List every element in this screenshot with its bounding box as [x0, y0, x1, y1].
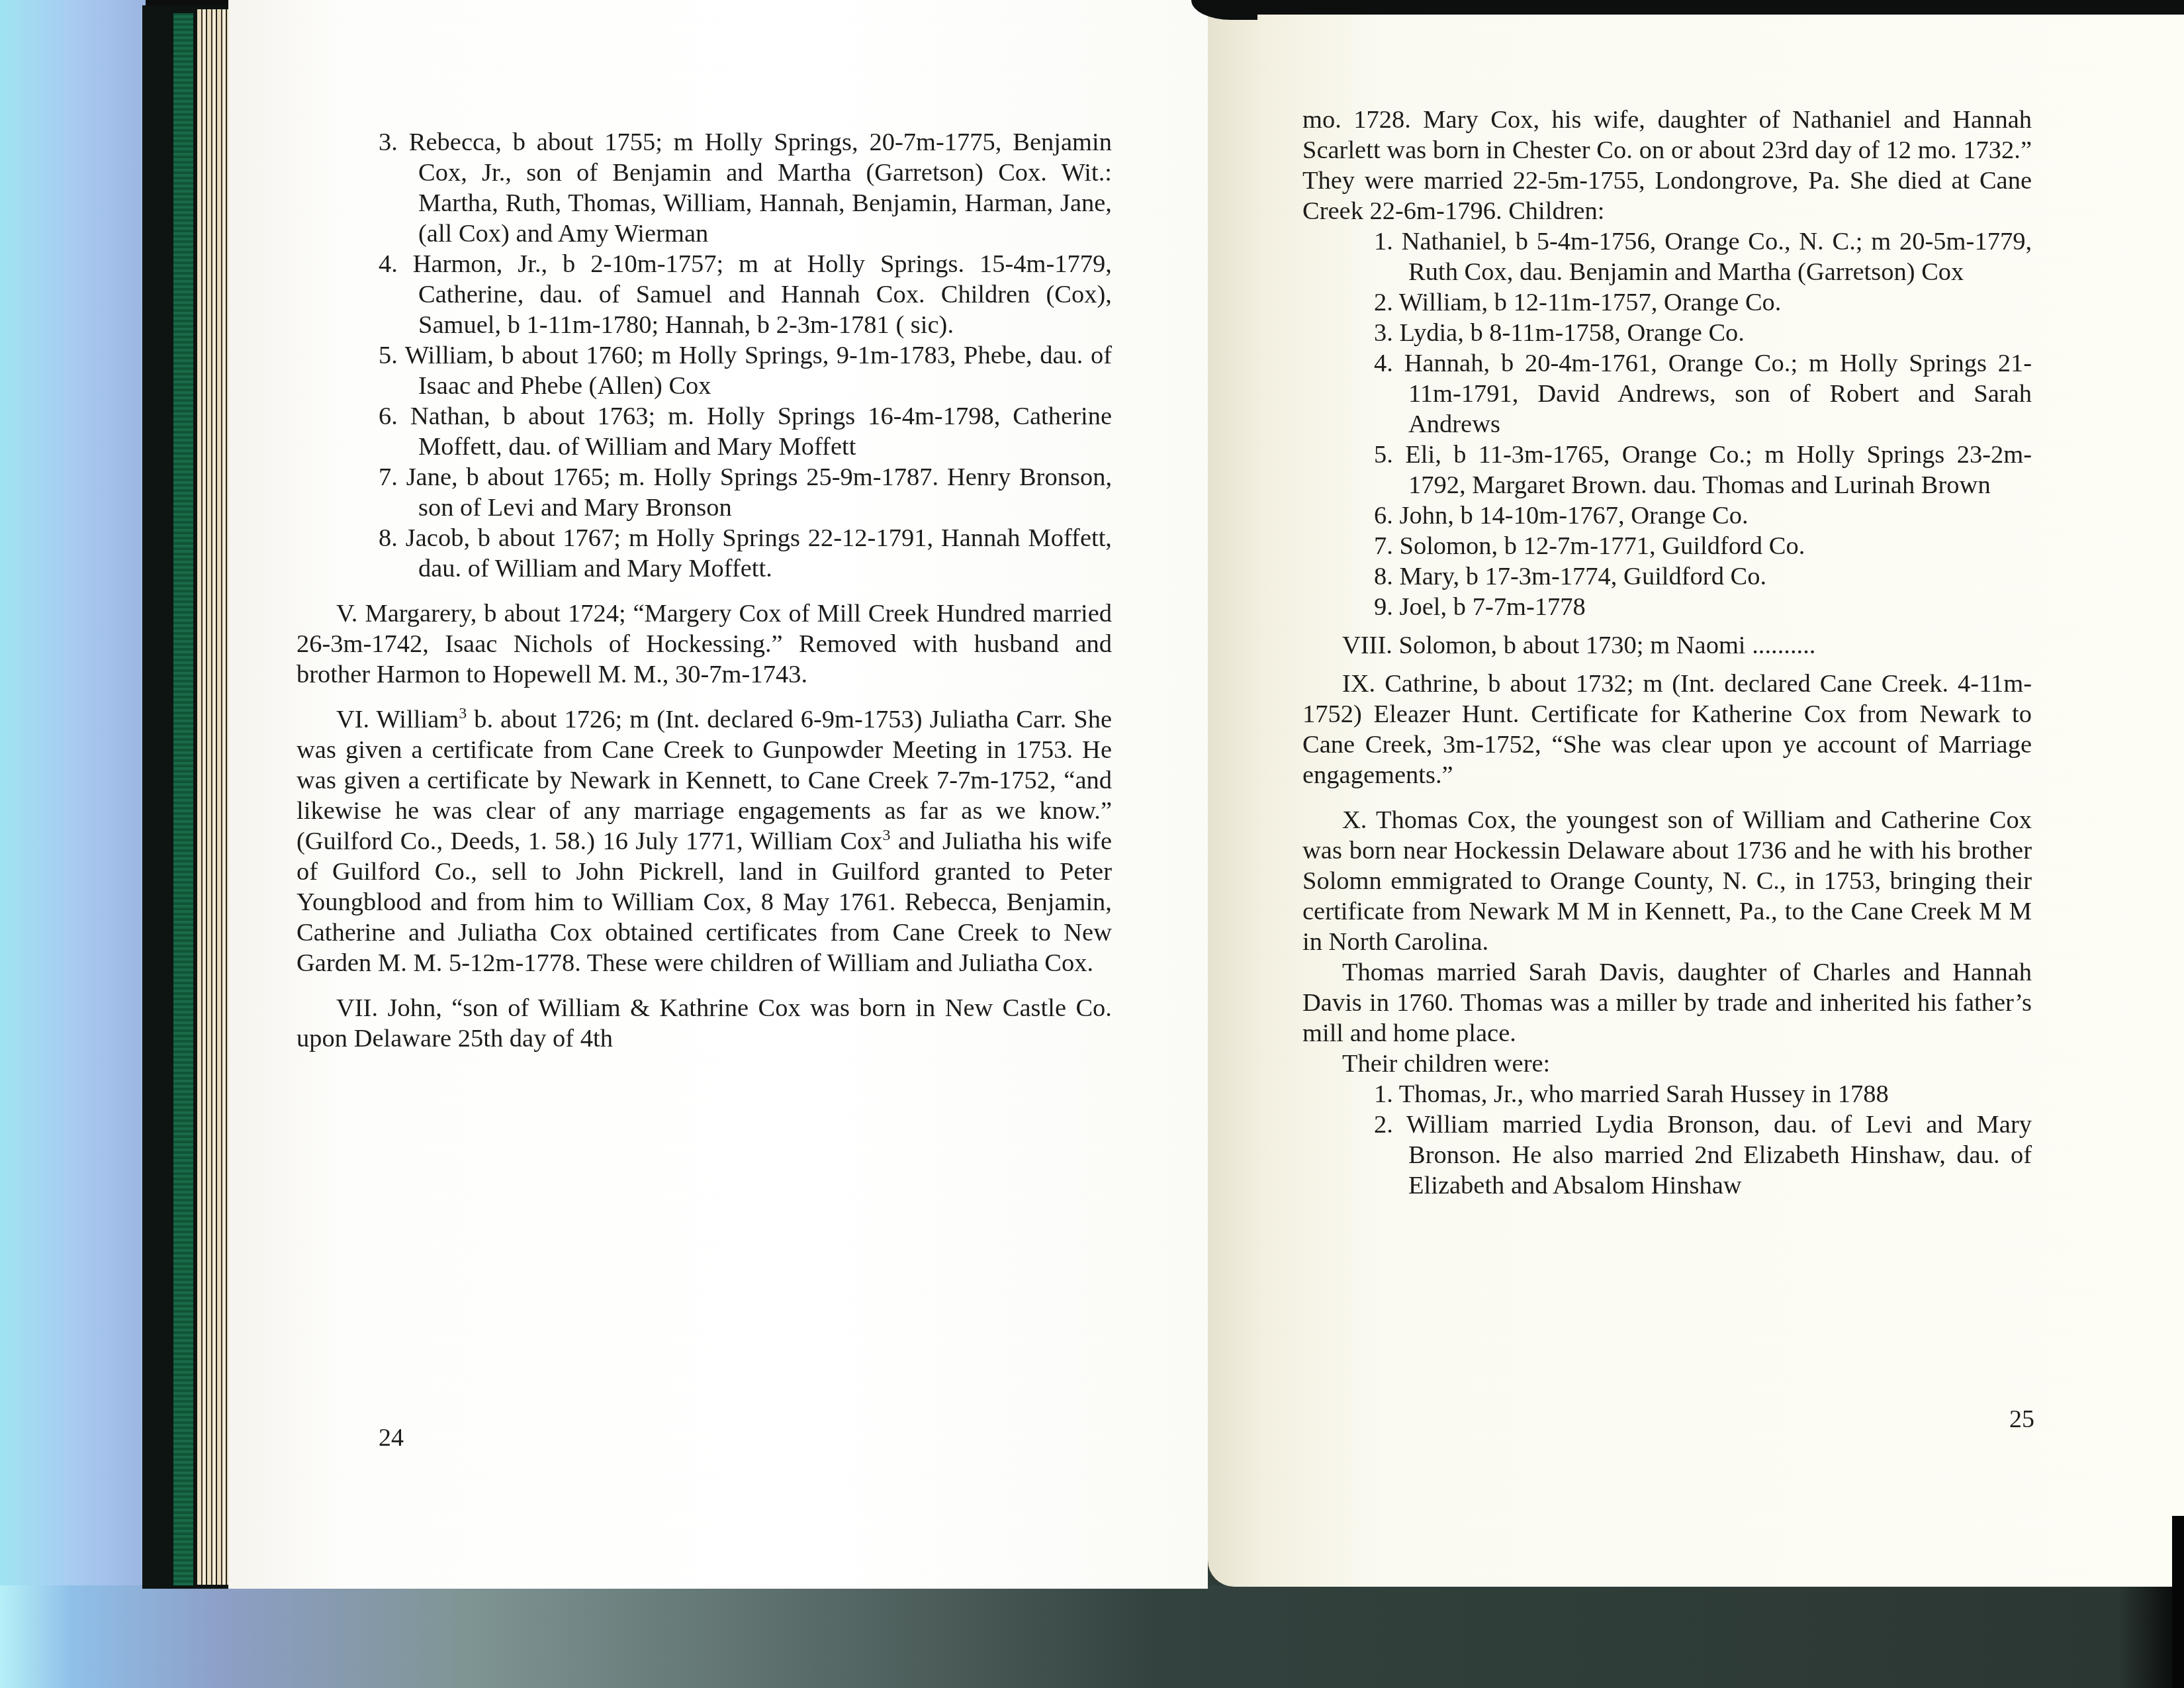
- list-item: 6. Nathan, b about 1763; m. Holly Spring…: [379, 401, 1112, 462]
- list-item: 9. Joel, b 7-7m-1778: [1374, 592, 2032, 622]
- list-item: 2. William, b 12-11m-1757, Orange Co.: [1374, 287, 2032, 318]
- list-item: 1. Thomas, Jr., who married Sarah Hussey…: [1374, 1079, 2032, 1109]
- thomas-married-paragraph: Thomas married Sarah Davis, daughter of …: [1302, 957, 2032, 1049]
- list-item: 4. Harmon, Jr., b 2-10m-1757; m at Holly…: [379, 249, 1112, 340]
- list-item: 4. Hannah, b 20-4m-1761, Orange Co.; m H…: [1374, 348, 2032, 440]
- section-v: V. Margarery, b about 1724; “Margery Cox…: [296, 598, 1112, 690]
- list-item: 3. Lydia, b 8-11m-1758, Orange Co.: [1374, 318, 2032, 348]
- list-item: 8. Mary, b 17-3m-1774, Guildford Co.: [1374, 561, 2032, 592]
- list-item: 3. Rebecca, b about 1755; m Holly Spring…: [379, 127, 1112, 249]
- list-item: 7. Solomon, b 12-7m-1771, Guildford Co.: [1374, 531, 2032, 561]
- right-edge-shadow: [2172, 1516, 2184, 1688]
- list-item: 5. William, b about 1760; m Holly Spring…: [379, 340, 1112, 401]
- section-ix: IX. Cathrine, b about 1732; m (Int. decl…: [1302, 669, 2032, 790]
- background-surface: [0, 1585, 2184, 1688]
- left-page-text: 3. Rebecca, b about 1755; m Holly Spring…: [379, 127, 1112, 1054]
- section-vi: VI. William3 b. about 1726; m (Int. decl…: [296, 704, 1112, 978]
- section-viii: VIII. Solomon, b about 1730; m Naomi ...…: [1302, 630, 2032, 661]
- list-item: 7. Jane, b about 1765; m. Holly Springs …: [379, 462, 1112, 523]
- list-item: 1. Nathaniel, b 5-4m-1756, Orange Co., N…: [1374, 226, 2032, 287]
- right-page-text: mo. 1728. Mary Cox, his wife, daughter o…: [1302, 105, 2032, 1201]
- list-item: 2. William married Lydia Bronson, dau. o…: [1374, 1109, 2032, 1201]
- intro-paragraph: mo. 1728. Mary Cox, his wife, daughter o…: [1302, 105, 2032, 226]
- their-children-label: Their children were:: [1302, 1049, 2032, 1079]
- list-item: 6. John, b 14-10m-1767, Orange Co.: [1374, 500, 2032, 531]
- page-edges: [197, 9, 229, 1585]
- list-item: 5. Eli, b 11-3m-1765, Orange Co.; m Holl…: [1374, 440, 2032, 500]
- green-cloth-spine: [173, 13, 193, 1585]
- section-vii: VII. John, “son of William & Kathrine Co…: [296, 993, 1112, 1054]
- list-item: 8. Jacob, b about 1767; m Holly Springs …: [379, 523, 1112, 584]
- page-number-right: 25: [2009, 1405, 2034, 1434]
- section-x: X. Thomas Cox, the youngest son of Willi…: [1302, 805, 2032, 957]
- page-number-left: 24: [379, 1423, 404, 1452]
